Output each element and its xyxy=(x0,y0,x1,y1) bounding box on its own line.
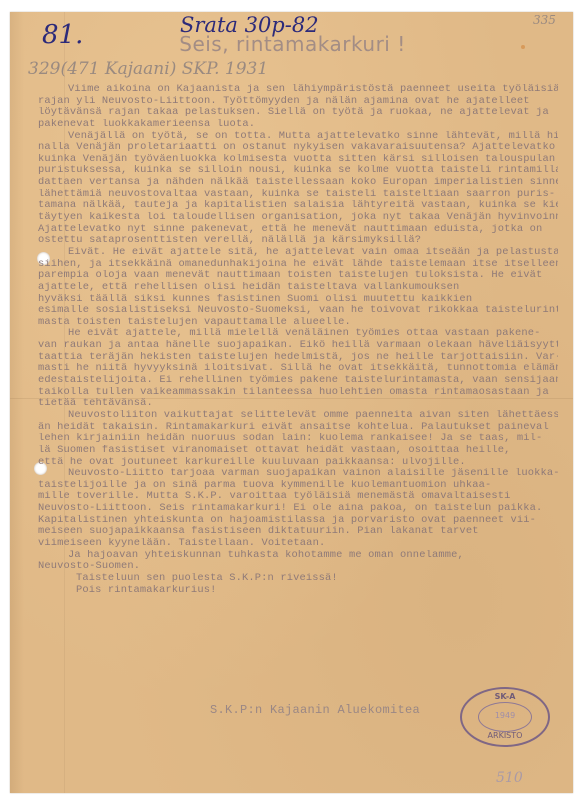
text-line: He eivät ajattele, millä mielellä venälä… xyxy=(38,328,558,340)
archive-stamp: SK-A 1949 ARKISTO xyxy=(460,687,550,747)
text-line: mille toverille. Mutta S.K.P. varoittaa … xyxy=(38,491,558,503)
text-line: Neuvosto-Suomen. xyxy=(38,561,558,573)
text-line: viimeiseen kyynelään. Taistellaan. Voite… xyxy=(38,538,558,550)
text-line: tamana nälkää, tauteja ja kapitalistien … xyxy=(38,200,558,212)
text-line: Venäjällä on työtä, se on totta. Mutta a… xyxy=(38,131,558,143)
text-line: Viime aikoina on Kajaanista ja sen lähiy… xyxy=(38,84,558,96)
text-line: Neuvosto-Liittoon. Seis rintamakarkuri! … xyxy=(38,503,558,515)
text-line: Neuvosto-Liitto tarjoaa varman suojapaik… xyxy=(38,468,558,480)
text-line: lähettämiä neuvostovaltaa vastaan, kuink… xyxy=(38,189,558,201)
text-line: lehen kirjainiin heidän nuoruus sodan la… xyxy=(38,433,558,445)
bottom-pencil-note: 510 xyxy=(496,770,523,786)
text-line: rajan yli Neuvosto-Liittoon. Työttömyyde… xyxy=(38,96,558,108)
text-line: taistelijoille ja on sinä parma tuova ky… xyxy=(38,480,558,492)
text-line: ajattele, että rehellisen olisi heidän t… xyxy=(38,282,558,294)
text-line: esimalle sosialistiseksi Neuvosto-Suomek… xyxy=(38,305,558,317)
text-line: että he ovat joutuneet karkureille kuulu… xyxy=(38,457,558,469)
text-line: än heidät takaisin. Rintamakarkuri eivät… xyxy=(38,422,558,434)
text-line: puristuksessa, kuinka se silloin nousi, … xyxy=(38,165,558,177)
signature: S.K.P:n Kajaanin Aluekomitea xyxy=(210,703,420,717)
text-line: nalla Venäjän proletariaatti on ostanut … xyxy=(38,142,558,154)
text-line: Eivät. He eivät ajattele sitä, he ajatte… xyxy=(38,247,558,259)
stamp-bottom-text: ARKISTO xyxy=(462,731,548,740)
archive-note: 329(471 Kajaani) SKP. 1931 xyxy=(28,59,268,79)
text-line: masta toisten taistelujen vapauttamalle … xyxy=(38,317,558,329)
text-line: Taisteluun sen puolesta S.K.P:n riveissä… xyxy=(38,573,558,585)
text-line: Kapitalistinen yhteiskunta on hajoamisti… xyxy=(38,515,558,527)
text-line: taikolla tullen vaikeammassakin tilantee… xyxy=(38,387,558,399)
stamp-top-text: SK-A xyxy=(462,692,548,701)
text-line: tietää tehtävänsä. xyxy=(38,398,558,410)
text-line: lä Suomen fasistiset viranomaiset ottava… xyxy=(38,445,558,457)
text-line: taattia teräjän hekisten taistelujen hed… xyxy=(38,352,558,364)
text-line: dattaen vertansa ja nähden nälkää taiste… xyxy=(38,177,558,189)
text-line: Ajattelevatko nyt sinne pakenevat, että … xyxy=(38,224,558,236)
stamp-year: 1949 xyxy=(462,711,548,720)
text-line: hyväksi täällä siksi kunnes fasistinen S… xyxy=(38,294,558,306)
text-line: löytävänsä rajan takaa pelastuksen. Siel… xyxy=(38,107,558,119)
text-line: ostettu sataprosenttisten verellä, näläl… xyxy=(38,235,558,247)
text-line: Pois rintamakarkurius! xyxy=(38,585,558,597)
text-line: meiseen suojapaikkaansa fasistiseen dikt… xyxy=(38,526,558,538)
page-number: 335 xyxy=(533,13,556,27)
text-line: van raukan ja antaa hänelle suojapaikan.… xyxy=(38,340,558,352)
text-line: täytyen kaikesta loi taloudellisen organ… xyxy=(38,212,558,224)
text-line: kuinka Venäjän työväenluokka kolmisesta … xyxy=(38,154,558,166)
text-line: masti he niitä hyvyyksinä iloitsivat. Si… xyxy=(38,363,558,375)
text-line: Ja hajoavan yhteiskunnan tuhkasta kohota… xyxy=(38,550,558,562)
document-title: Seis, rintamakarkuri ! xyxy=(0,32,585,56)
text-line: siihen, ja itsekkäinä omanedunhakijoina … xyxy=(38,259,558,271)
text-line: Neuvostoliiton vaikuttajat selittelevät … xyxy=(38,410,558,422)
text-line: edestaistelijoita. Ei rehellinen työmies… xyxy=(38,375,558,387)
text-line: parempia oloja vaan menevät nauttimaan t… xyxy=(38,270,558,282)
text-line: pakenevat luokkakamerieensa luota. xyxy=(38,119,558,131)
document-body: Viime aikoina on Kajaanista ja sen lähiy… xyxy=(38,84,558,596)
